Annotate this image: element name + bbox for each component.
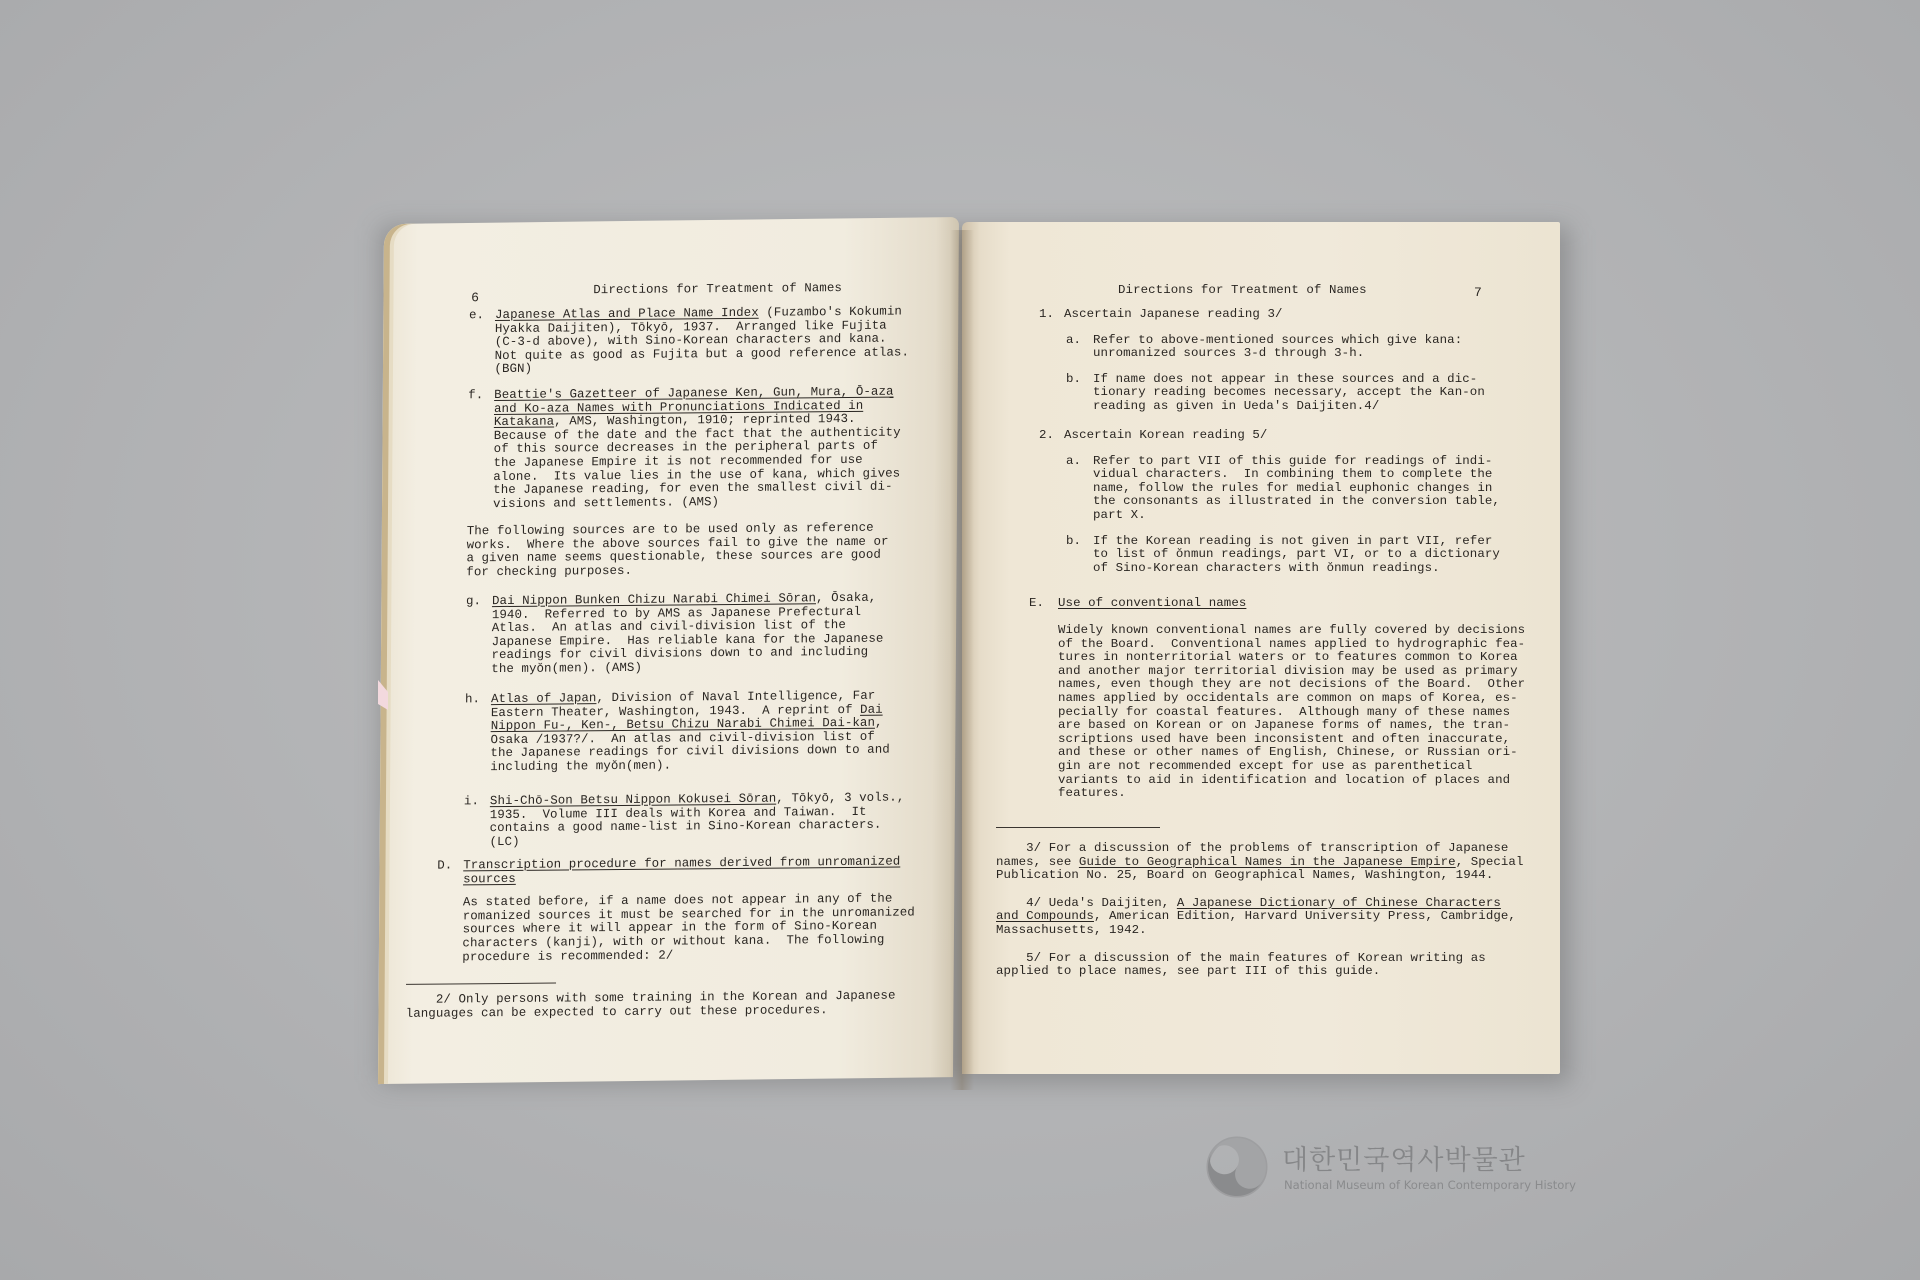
- section-marker: D.: [437, 859, 452, 873]
- text-span: the myŏn(men). (AMS): [491, 661, 642, 676]
- footnote-rule: [406, 983, 556, 985]
- underlined-title: Transcription procedure for names derive…: [463, 855, 900, 873]
- subitem-line: part X.: [1093, 509, 1146, 523]
- text-span: readings for civil divisions down to and…: [491, 645, 868, 662]
- reference-line: Not quite as good as Fujita but a good r…: [495, 346, 910, 363]
- text-span: vidual characters. In combining them to …: [1093, 467, 1492, 481]
- text-span: to list of ŏnmun readings, part VI, or t…: [1093, 547, 1500, 561]
- text-span: names applied by occidentals are common …: [1058, 691, 1518, 705]
- subitem-marker: a.: [1066, 334, 1081, 348]
- subitem-line: unromanized sources 3-d through 3-h.: [1093, 347, 1364, 361]
- page-number-left: 6: [471, 291, 479, 305]
- footnote-line: 4/ Ueda's Daijiten, A Japanese Dictionar…: [996, 897, 1501, 911]
- text-span: of Sino-Korean characters with ŏnmun rea…: [1093, 561, 1440, 575]
- text-span: of the Board. Conventional names applied…: [1058, 637, 1525, 651]
- subitem-line: Refer to above-mentioned sources which g…: [1093, 334, 1462, 348]
- text-span: and another major territorial division m…: [1058, 664, 1518, 678]
- text-span: Massachusetts, 1942.: [996, 923, 1147, 937]
- reference-line: visions and settlements. (AMS): [493, 496, 719, 512]
- text-span: languages can be expected to carry out t…: [406, 1003, 828, 1021]
- text-span: gin are not recommended except for use a…: [1058, 759, 1472, 773]
- text-span: characters (kanji), with or without kana…: [462, 933, 884, 951]
- text-span: unromanized sources 3-d through 3-h.: [1093, 346, 1364, 360]
- text-span: Widely known conventional names are full…: [1058, 623, 1525, 637]
- text-span: f.: [468, 388, 483, 402]
- running-title-left: Directions for Treatment of Names: [593, 282, 842, 298]
- text-span: for checking purposes.: [466, 564, 632, 579]
- page-number-right: 7: [1474, 286, 1482, 300]
- text-span: h.: [465, 692, 480, 706]
- taegeuk-swirl-logo-icon: [1206, 1136, 1268, 1198]
- subitem-marker: a.: [1066, 455, 1081, 469]
- left-page: 6 Directions for Treatment of Names e.Ja…: [378, 217, 959, 1084]
- subitem-line: of Sino-Korean characters with ŏnmun rea…: [1093, 562, 1440, 576]
- subitem-line: tionary reading becomes necessary, accep…: [1093, 386, 1485, 400]
- step-marker: 2.: [1039, 429, 1054, 443]
- paragraph-line: characters (kanji), with or without kana…: [462, 934, 884, 951]
- text-span: tionary reading becomes necessary, accep…: [1093, 385, 1485, 399]
- text-span: Ascertain Korean reading 5/: [1064, 428, 1267, 442]
- text-span: ,: [875, 716, 883, 730]
- text-span: 2.: [1039, 428, 1054, 442]
- footnote-line: 3/ For a discussion of the problems of t…: [996, 842, 1508, 856]
- text-span: Refer to part VII of this guide for read…: [1093, 454, 1492, 468]
- text-span: names, even though they are not decision…: [1058, 677, 1525, 691]
- text-span: i.: [464, 794, 479, 808]
- text-span: part X.: [1093, 508, 1146, 522]
- footnote-line: Publication No. 25, Board on Geographica…: [996, 869, 1493, 883]
- reference-line: including the myŏn(men).: [490, 760, 671, 775]
- section-heading: sources: [463, 872, 516, 886]
- subitem-line: vidual characters. In combining them to …: [1093, 468, 1492, 482]
- underlined-title: A Japanese Dictionary of Chinese Charact…: [1177, 896, 1501, 910]
- footnote-line: Massachusetts, 1942.: [996, 924, 1147, 938]
- item-marker: g.: [466, 595, 481, 609]
- footnote-line: names, see Guide to Geographical Names i…: [996, 856, 1524, 870]
- underlined-title: Guide to Geographical Names in the Japan…: [1079, 855, 1456, 869]
- book-spine: [950, 230, 974, 1090]
- paragraph-line: Widely known conventional names are full…: [1058, 624, 1525, 638]
- text-span: and these or other names of English, Chi…: [1058, 745, 1518, 759]
- text-span: , Tōkyō, 3 vols.,: [776, 790, 904, 805]
- footnote-rule: [996, 827, 1160, 828]
- subitem-line: If name does not appear in these sources…: [1093, 373, 1477, 387]
- text-span: variants to aid in identification and lo…: [1058, 773, 1510, 787]
- step-heading: Ascertain Korean reading 5/: [1064, 429, 1267, 443]
- section-heading: Transcription procedure for names derive…: [463, 856, 900, 873]
- text-span: g.: [466, 594, 481, 608]
- text-span: b.: [1066, 372, 1081, 386]
- museum-name-korean: 대한민국역사박물관: [1282, 1138, 1526, 1177]
- reference-line: the myŏn(men). (AMS): [491, 662, 642, 677]
- item-marker: h.: [465, 693, 480, 707]
- subitem-line: Refer to part VII of this guide for read…: [1093, 455, 1492, 469]
- text-span: If the Korean reading is not given in pa…: [1093, 534, 1492, 548]
- text-span: 3/ For a discussion of the problems of t…: [996, 841, 1508, 855]
- text-span: the consonants as illustrated in the con…: [1093, 494, 1500, 508]
- text-span: Ascertain Japanese reading 3/: [1064, 307, 1283, 321]
- text-span: a given name seems questionable, these s…: [466, 548, 881, 566]
- text-span: procedure is recommended: 2/: [462, 948, 673, 964]
- item-marker: f.: [468, 389, 483, 403]
- text-span: , Special: [1456, 855, 1524, 869]
- subitem-line: to list of ŏnmun readings, part VI, or t…: [1093, 548, 1500, 562]
- text-span: 1.: [1039, 307, 1054, 321]
- footnote-line: applied to place names, see part III of …: [996, 965, 1380, 979]
- text-span: 5/ For a discussion of the main features…: [996, 951, 1486, 965]
- footnote-line: languages can be expected to carry out t…: [406, 1004, 828, 1021]
- subitem-line: reading as given in Ueda's Daijiten.4/: [1093, 400, 1379, 414]
- text-span: tures in nonterritorial waters or to fea…: [1058, 650, 1518, 664]
- paragraph-line: names applied by occidentals are common …: [1058, 692, 1518, 706]
- text-span: e.: [469, 308, 484, 322]
- reference-line: a given name seems questionable, these s…: [466, 549, 881, 566]
- text-span: a.: [1066, 454, 1081, 468]
- text-span: name, follow the rules for medial euphon…: [1093, 481, 1492, 495]
- text-span: applied to place names, see part III of …: [996, 964, 1380, 978]
- footnote-line: 5/ For a discussion of the main features…: [996, 952, 1486, 966]
- text-span: 4/ Ueda's Daijiten,: [996, 896, 1177, 910]
- text-span: reading as given in Ueda's Daijiten.4/: [1093, 399, 1379, 413]
- underlined-title: Use of conventional names: [1058, 596, 1246, 610]
- subitem-line: If the Korean reading is not given in pa…: [1093, 535, 1492, 549]
- text-span: D.: [437, 858, 452, 872]
- text-span: visions and settlements. (AMS): [493, 495, 719, 511]
- museum-name-english: National Museum of Korean Contemporary H…: [1284, 1178, 1576, 1192]
- right-page: Directions for Treatment of Names 7 1.As…: [962, 222, 1560, 1074]
- subitem-marker: b.: [1066, 373, 1081, 387]
- text-span: scriptions used have been inconsistent a…: [1058, 732, 1510, 746]
- underlined-title: Atlas of Japan: [491, 691, 597, 706]
- text-span: including the myŏn(men).: [490, 759, 671, 775]
- text-span: (LC): [489, 835, 519, 849]
- paragraph-line: are based on Korean or on Japanese forms…: [1058, 719, 1510, 733]
- item-marker: e.: [469, 309, 484, 323]
- text-span: Not quite as good as Fujita but a good r…: [495, 345, 910, 363]
- text-span: are based on Korean or on Japanese forms…: [1058, 718, 1510, 732]
- reference-line: (BGN): [494, 363, 532, 377]
- underlined-title: sources: [463, 871, 516, 885]
- text-span: names, see: [996, 855, 1079, 869]
- text-span: b.: [1066, 534, 1081, 548]
- text-span: , Ōsaka,: [816, 591, 876, 606]
- paragraph-line: of the Board. Conventional names applied…: [1058, 638, 1525, 652]
- paragraph-line: and these or other names of English, Chi…: [1058, 746, 1518, 760]
- paragraph-line: variants to aid in identification and lo…: [1058, 774, 1510, 788]
- running-title-right: Directions for Treatment of Names: [1118, 284, 1367, 298]
- text-span: the Japanese readings for civil division…: [490, 743, 890, 760]
- underlined-title: Dai: [860, 702, 883, 716]
- reference-line: contains a good name-list in Sino-Korean…: [490, 819, 882, 836]
- reference-line: for checking purposes.: [466, 565, 632, 580]
- text-span: If name does not appear in these sources…: [1093, 372, 1477, 386]
- text-span: (BGN): [494, 362, 532, 376]
- item-marker: i.: [464, 795, 479, 809]
- text-span: , American Edition, Harvard University P…: [1094, 909, 1516, 923]
- footnote-line: and Compounds, American Edition, Harvard…: [996, 910, 1516, 924]
- text-span: a.: [1066, 333, 1081, 347]
- subitem-line: name, follow the rules for medial euphon…: [1093, 482, 1492, 496]
- paragraph-line: scriptions used have been inconsistent a…: [1058, 733, 1510, 747]
- step-heading: Ascertain Japanese reading 3/: [1064, 308, 1283, 322]
- left-page-content: 6 Directions for Treatment of Names e.Ja…: [384, 219, 959, 224]
- text-span: contains a good name-list in Sino-Korean…: [490, 818, 882, 835]
- paragraph-line: procedure is recommended: 2/: [462, 949, 673, 964]
- reference-line: (LC): [489, 836, 519, 850]
- reference-line: readings for civil divisions down to and…: [491, 646, 868, 663]
- paragraph-line: features.: [1058, 787, 1126, 801]
- reference-line: the Japanese readings for civil division…: [490, 744, 890, 761]
- text-span: Publication No. 25, Board on Geographica…: [996, 868, 1493, 882]
- subitem-marker: b.: [1066, 535, 1081, 549]
- underlined-title: Katakana: [494, 415, 554, 430]
- paragraph-line: and another major territorial division m…: [1058, 665, 1518, 679]
- text-span: Refer to above-mentioned sources which g…: [1093, 333, 1462, 347]
- step-marker: 1.: [1039, 308, 1054, 322]
- section-heading: Use of conventional names: [1058, 597, 1246, 611]
- section-marker: E.: [1029, 597, 1044, 611]
- text-span: E.: [1029, 596, 1044, 610]
- text-span: features.: [1058, 786, 1126, 800]
- paragraph-line: names, even though they are not decision…: [1058, 678, 1525, 692]
- text-span: pecially for coastal features. Although …: [1058, 705, 1510, 719]
- underlined-title: and Compounds: [996, 909, 1094, 923]
- paragraph-line: pecially for coastal features. Although …: [1058, 706, 1510, 720]
- paragraph-line: gin are not recommended except for use a…: [1058, 760, 1472, 774]
- subitem-line: the consonants as illustrated in the con…: [1093, 495, 1500, 509]
- paragraph-line: tures in nonterritorial waters or to fea…: [1058, 651, 1518, 665]
